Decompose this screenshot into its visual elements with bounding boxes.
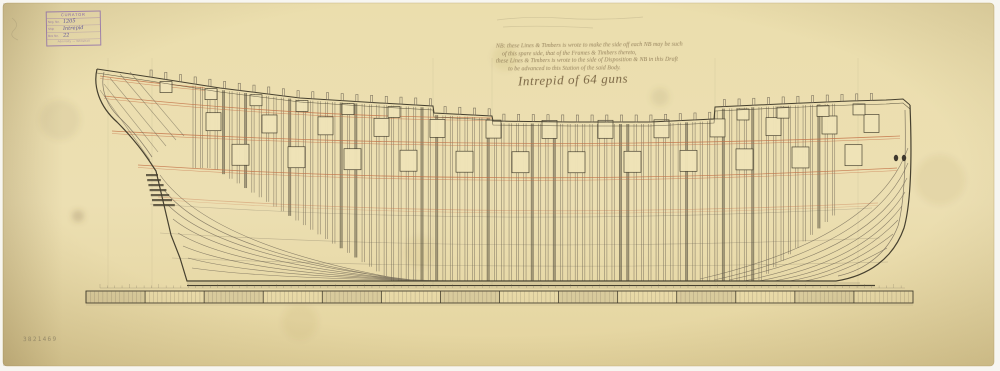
plan-title-handwritten: Intrepid of 64 guns — [518, 71, 629, 90]
stamp-label: Neg. No. — [48, 21, 63, 24]
curator-stamp-box: CURATOR Neg. No. 1205 Ship Intrepid Box … — [46, 11, 102, 47]
stamp-value-handwritten: 1205 — [63, 18, 76, 24]
stamp-footer: Admiralty — Whitehall — [47, 39, 100, 44]
stamp-label: Box No. — [48, 35, 63, 38]
scanned-ship-plan: CURATOR Neg. No. 1205 Ship Intrepid Box … — [0, 0, 1000, 371]
pencil-accession-number: 3821469 — [23, 336, 57, 343]
stamp-value-handwritten: Intrepid — [63, 25, 84, 32]
curator-stamp: CURATOR Neg. No. 1205 Ship Intrepid Box … — [46, 11, 101, 46]
stamp-value-handwritten: 22 — [63, 32, 70, 38]
stamp-label: Ship — [48, 28, 63, 31]
ink-inscription-note: NB: these Lines & Timbers is wrote to ma… — [496, 40, 796, 74]
